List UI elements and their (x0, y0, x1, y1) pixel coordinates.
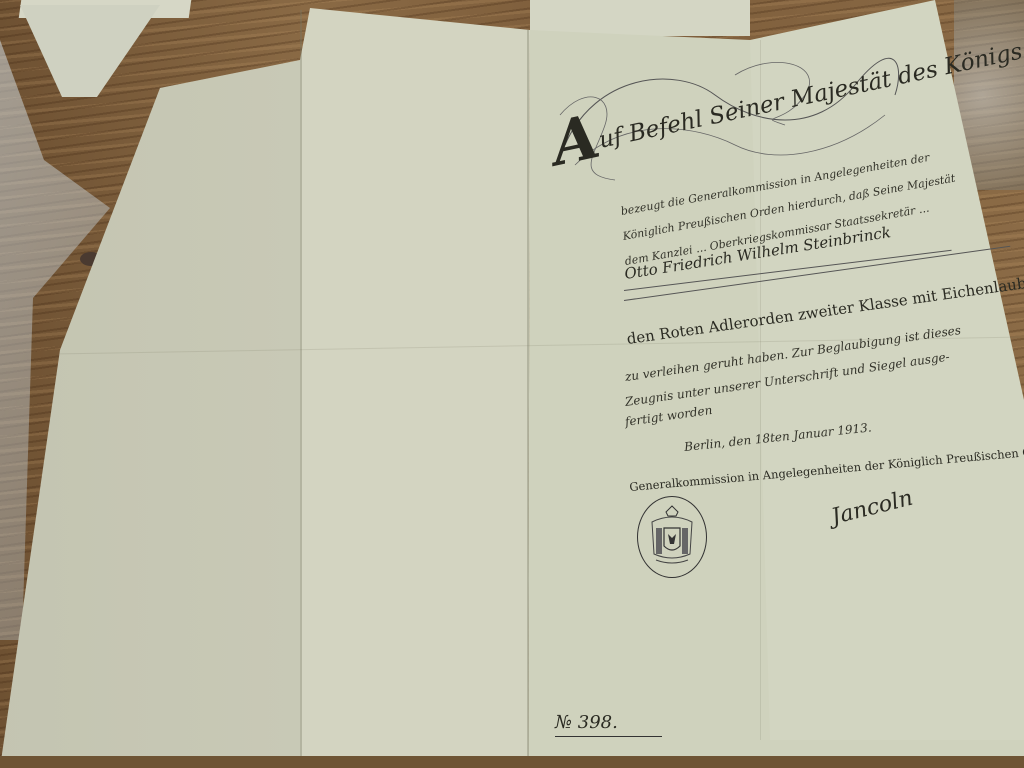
certificate-number: № 398. (555, 712, 618, 733)
fold-line (527, 30, 529, 768)
number-underline (555, 736, 662, 737)
table-edge (0, 756, 1024, 768)
fold-line (300, 10, 302, 768)
number-label: № (555, 712, 572, 733)
coat-of-arms-icon (644, 504, 700, 570)
certificate-document: Auf Befehl Seiner Majestät des Königs be… (0, 0, 1024, 768)
number-value: 398. (578, 712, 618, 733)
seal (637, 496, 707, 578)
